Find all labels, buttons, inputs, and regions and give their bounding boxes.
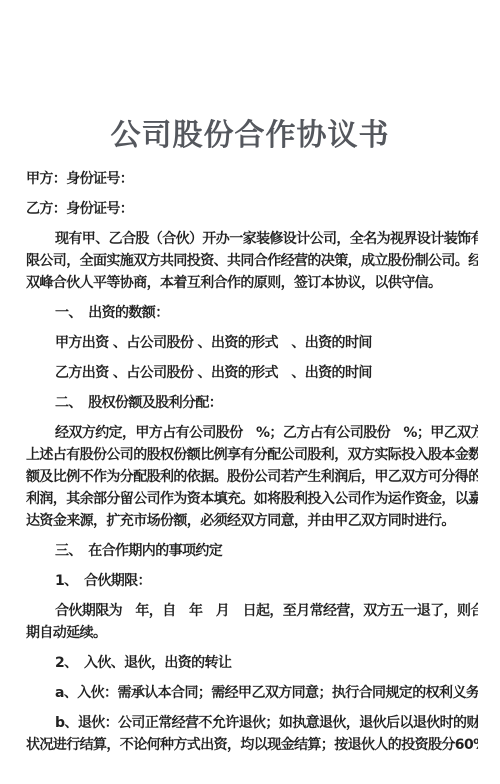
clause-2-item-b-line-1: b、退伙：公司正常经营不允许退伙；如执意退伙，退伙后以退伙时的财产 (26, 712, 478, 734)
section-3-heading: 三、 在合作期内的事项约定 (26, 540, 478, 562)
intro-line-1: 现有甲、乙合股（合伙）开办一家装修设计公司，全名为视界设计装饰有 (26, 228, 478, 250)
section-1-heading: 一、 出资的数额： (26, 302, 478, 324)
section-2-heading: 二、 股权份额及股利分配： (26, 392, 478, 414)
section-1-party-b-line: 乙方出资 、占公司股份 、出资的形式 、出资的时间 (26, 362, 478, 384)
intro-line-3: 双峰合伙人平等协商，本着互利合作的原则，签订本协议，以供守信。 (26, 272, 478, 294)
document-page: 公司股份合作协议书 甲方：身份证号： 乙方：身份证号： 现有甲、乙合股（合伙）开… (0, 0, 500, 784)
section-1-heading-line: 一、 出资的数额： (26, 302, 478, 324)
clause-1-heading-line: 1、 合伙期限： (26, 570, 478, 592)
section-2-line-4: 利润，其余部分留公司作为资本填充。如将股利投入公司作为运作资金，以嘉 (26, 488, 478, 510)
clause-2-item-b: b、退伙：公司正常经营不允许退伙；如执意退伙，退伙后以退伙时的财产 状况进行结算… (26, 712, 478, 756)
section-1-party-b-capital: 乙方出资 、占公司股份 、出资的形式 、出资的时间 (26, 362, 478, 384)
clause-1-line-2: 期自动延续。 (26, 622, 478, 644)
section-2-paragraph: 经双方约定，甲方占有公司股份 %；乙方占有公司股份 %；甲乙双方以 上述占有股份… (26, 422, 478, 532)
section-2-line-3: 额及比例不作为分配股利的依据。股份公司若产生利润后，甲乙双方可分得的 (26, 466, 478, 488)
clause-2-item-a-line: a、入伙：需承认本合同；需经甲乙双方同意；执行合同规定的权利义务。 (26, 682, 478, 704)
clause-2-item-b-line-2: 状况进行结算，不论何种方式出资，均以现金结算；按退伙人的投资股分60%退 (26, 734, 478, 756)
clause-2-heading: 2、 入伙、退伙，出资的转让 (26, 652, 478, 674)
section-2-line-5: 达资金来源，扩充市场份额，必须经双方同意，并由甲乙双方同时进行。 (26, 510, 478, 532)
party-b-line: 乙方：身份证号： (26, 198, 478, 220)
section-3-heading-line: 三、 在合作期内的事项约定 (26, 540, 478, 562)
section-2-line-2: 上述占有股份公司的股权份额比例享有分配公司股利，双方实际投入股本金数 (26, 444, 478, 466)
document-title: 公司股份合作协议书 (24, 117, 476, 155)
party-a-block: 甲方：身份证号： (26, 168, 478, 190)
section-1-party-a-capital: 甲方出资 、占公司股份 、出资的形式 、出资的时间 (26, 332, 478, 354)
clause-1-heading: 1、 合伙期限： (26, 570, 478, 592)
party-b-block: 乙方：身份证号： (26, 198, 478, 220)
clause-2-item-a: a、入伙：需承认本合同；需经甲乙双方同意；执行合同规定的权利义务。 (26, 682, 478, 704)
section-1-party-a-line: 甲方出资 、占公司股份 、出资的形式 、出资的时间 (26, 332, 478, 354)
section-2-line-1: 经双方约定，甲方占有公司股份 %；乙方占有公司股份 %；甲乙双方以 (26, 422, 478, 444)
document-body: 甲方：身份证号： 乙方：身份证号： 现有甲、乙合股（合伙）开办一家装修设计公司，… (0, 168, 500, 756)
clause-1-line-1: 合伙期限为 年，自 年 月 日起，至月常经营，双方五一退了，则合同 (26, 600, 478, 622)
clause-1-paragraph: 合伙期限为 年，自 年 月 日起，至月常经营，双方五一退了，则合同 期自动延续。 (26, 600, 478, 644)
intro-line-2: 限公司，全面实施双方共同投资、共同合作经营的决策，成立股份制公司。经 (26, 250, 478, 272)
clause-2-heading-line: 2、 入伙、退伙，出资的转让 (26, 652, 478, 674)
section-2-heading-line: 二、 股权份额及股利分配： (26, 392, 478, 414)
intro-paragraph: 现有甲、乙合股（合伙）开办一家装修设计公司，全名为视界设计装饰有 限公司，全面实… (26, 228, 478, 294)
party-a-line: 甲方：身份证号： (26, 168, 478, 190)
